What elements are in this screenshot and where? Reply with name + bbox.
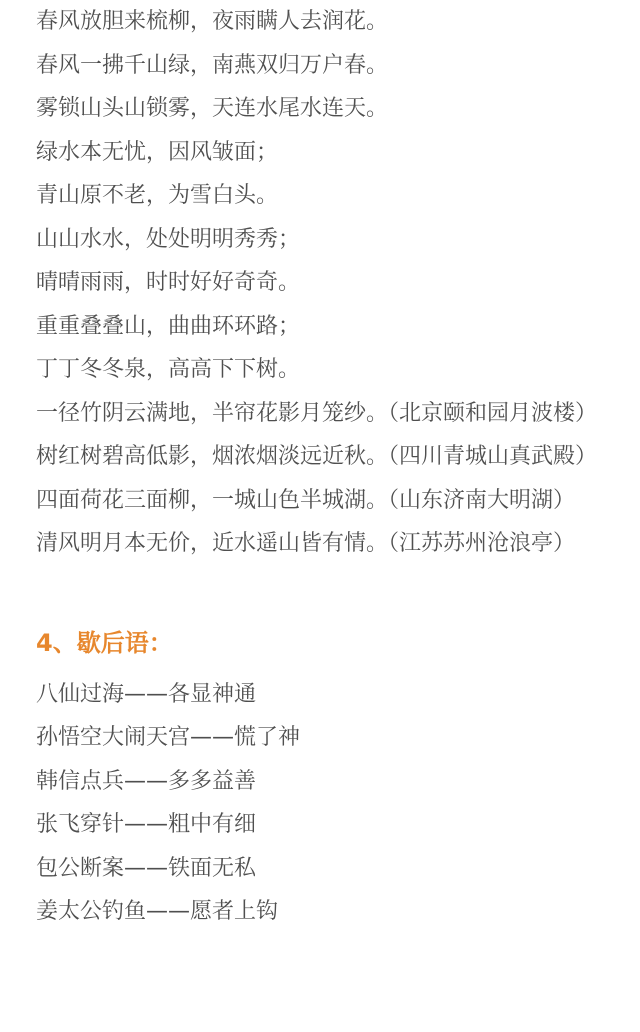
- couplet-line: 青山原不老，为雪白头。: [36, 174, 606, 218]
- xiehouyu-line: 姜太公钓鱼——愿者上钩: [36, 890, 606, 934]
- couplet-line: 树红树碧高低影，烟浓烟淡远近秋。（四川青城山真武殿）: [36, 435, 606, 479]
- xiehouyu-line: 八仙过海——各显神通: [36, 673, 606, 717]
- couplet-line: 四面荷花三面柳，一城山色半城湖。（山东济南大明湖）: [36, 479, 606, 523]
- couplet-line: 春风放胆来梳柳，夜雨瞒人去润花。: [36, 0, 606, 44]
- couplet-line: 绿水本无忧，因风皱面；: [36, 131, 606, 175]
- couplet-line: 春风一拂千山绿，南燕双归万户春。: [36, 44, 606, 88]
- article-body: 春风放胆来梳柳，夜雨瞒人去润花。 春风一拂千山绿，南燕双归万户春。 雾锁山头山锁…: [0, 0, 640, 934]
- couplet-line: 清风明月本无价，近水遥山皆有情。（江苏苏州沧浪亭）: [36, 522, 606, 566]
- xiehouyu-line: 孙悟空大闹天宫——慌了神: [36, 716, 606, 760]
- section-heading-xiehouyu: 4、歇后语：: [36, 625, 606, 661]
- couplet-line: 雾锁山头山锁雾，天连水尾水连天。: [36, 87, 606, 131]
- xiehouyu-line: 韩信点兵——多多益善: [36, 760, 606, 804]
- couplet-line: 山山水水，处处明明秀秀；: [36, 218, 606, 262]
- couplet-line: 一径竹阴云满地，半帘花影月笼纱。（北京颐和园月波楼）: [36, 392, 606, 436]
- xiehouyu-line: 包公断案——铁面无私: [36, 847, 606, 891]
- couplet-line: 晴晴雨雨，时时好好奇奇。: [36, 261, 606, 305]
- xiehouyu-line: 张飞穿针——粗中有细: [36, 803, 606, 847]
- couplet-line: 重重叠叠山，曲曲环环路；: [36, 305, 606, 349]
- couplet-line: 丁丁冬冬泉，高高下下树。: [36, 348, 606, 392]
